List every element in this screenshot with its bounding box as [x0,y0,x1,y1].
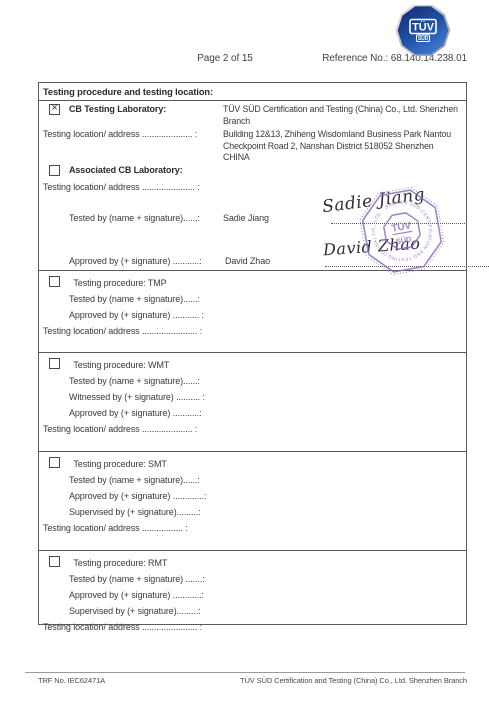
procedure-field-label: Tested by (name + signature)......: [39,291,466,307]
approved-by-name: David Zhao [225,256,270,266]
cb-testing-laboratory-value: TÜV SÜD Certification and Testing (China… [223,104,458,127]
associated-cb-laboratory-checkbox[interactable] [49,165,60,176]
cb-lab-value-line: TÜV SÜD Certification and Testing (China… [223,104,458,116]
cb-lab-value-line: Branch [223,116,458,128]
procedure-field-label: Approved by (+ signature) .............: [39,488,466,504]
procedure-section-rmt: Testing procedure: RMT Tested by (name +… [39,555,466,642]
approved-by-label: Approved by (+ signature) ...........: [69,256,202,266]
procedure-field-label: Supervised by (+ signature).........: [39,603,466,619]
tuv-sud-logo-icon: TÜV SÜD [393,5,453,57]
procedure-field-label: Supervised by (+ signature).........: [39,504,466,520]
procedure-field-label: Tested by (name + signature) .......: [39,571,466,587]
cb-testing-laboratory-label: CB Testing Laboratory: [69,104,166,114]
table-title: Testing procedure and testing location: [39,83,466,101]
associated-cb-laboratory-row [49,165,60,177]
footer-divider [25,672,465,673]
footer-trf-number: TRF No. IEC62471A [38,676,105,685]
page-indicator: Page 2 of 15 [170,53,280,64]
logo-tuv-text: TÜV [412,21,434,34]
tested-by-name: Sadie Jiang [223,213,269,223]
testing-location-label: Testing location/ address ..............… [43,129,197,139]
procedure-field-label: Approved by (+ signature) ............: [39,587,466,603]
procedure-title-row: Testing procedure: SMT [39,456,466,472]
procedure-title-row: Testing procedure: TMP [39,275,466,291]
tested-by-label: Tested by (name + signature)......: [69,213,200,223]
procedure-smt-checkbox[interactable] [49,457,60,468]
procedure-section-wmt: Testing procedure: WMT Tested by (name +… [39,357,466,452]
footer-company-name: TÜV SÜD Certification and Testing (China… [240,676,467,685]
procedure-address-label: Testing location/ address ..............… [39,520,466,536]
procedure-title: Testing procedure: RMT [73,558,167,568]
company-stamp: TÜV SÜD CERTIFICATION AND TESTING (CHINA… [352,181,452,281]
cb-testing-laboratory-checkbox[interactable] [49,104,60,115]
procedure-address-label: Testing location/ address ..............… [39,421,466,437]
procedure-tmp-checkbox[interactable] [49,276,60,287]
address-line: Building 12&13, Zhiheng Wisdomland Busin… [223,129,451,141]
procedure-field-label: Tested by (name + signature)......: [39,373,466,389]
procedure-title: Testing procedure: TMP [73,278,166,288]
address-line: CHINA [223,152,451,164]
procedure-title: Testing procedure: SMT [73,459,166,469]
procedure-wmt-checkbox[interactable] [49,358,60,369]
address-line: Checkpoint Road 2, Nanshan District 5180… [223,141,451,153]
procedure-address-label: Testing location/ address ..............… [39,619,466,635]
procedure-field-label: Witnessed by (+ signature) .......... : [39,389,466,405]
procedure-field-label: Approved by (+ signature) ...........: [39,405,466,421]
procedure-title-row: Testing procedure: RMT [39,555,466,571]
procedure-field-label: Tested by (name + signature)......: [39,472,466,488]
document-page: Page 2 of 15 Reference No.: 68.140.14.23… [0,0,489,719]
procedure-field-label: Approved by (+ signature) ........... : [39,307,466,323]
stamp-sud-text: SÜD [395,234,413,246]
procedure-section-smt: Testing procedure: SMT Tested by (name +… [39,456,466,551]
cb-laboratory-section: CB Testing Laboratory: TÜV SÜD Certifica… [39,101,466,271]
procedure-address-label: Testing location/ address ..............… [39,323,466,339]
cb-testing-laboratory-row [49,104,60,116]
testing-procedure-table: Testing procedure and testing location: … [38,82,467,625]
procedure-rmt-checkbox[interactable] [49,556,60,567]
testing-location-value: Building 12&13, Zhiheng Wisdomland Busin… [223,129,451,164]
procedure-title: Testing procedure: WMT [73,360,169,370]
procedure-title-row: Testing procedure: WMT [39,357,466,373]
logo-sud-text: SÜD [418,35,429,42]
assoc-testing-location-label: Testing location/ address ..............… [43,182,200,192]
associated-cb-laboratory-label: Associated CB Laboratory: [69,165,183,175]
procedure-section-tmp: Testing procedure: TMP Tested by (name +… [39,275,466,353]
